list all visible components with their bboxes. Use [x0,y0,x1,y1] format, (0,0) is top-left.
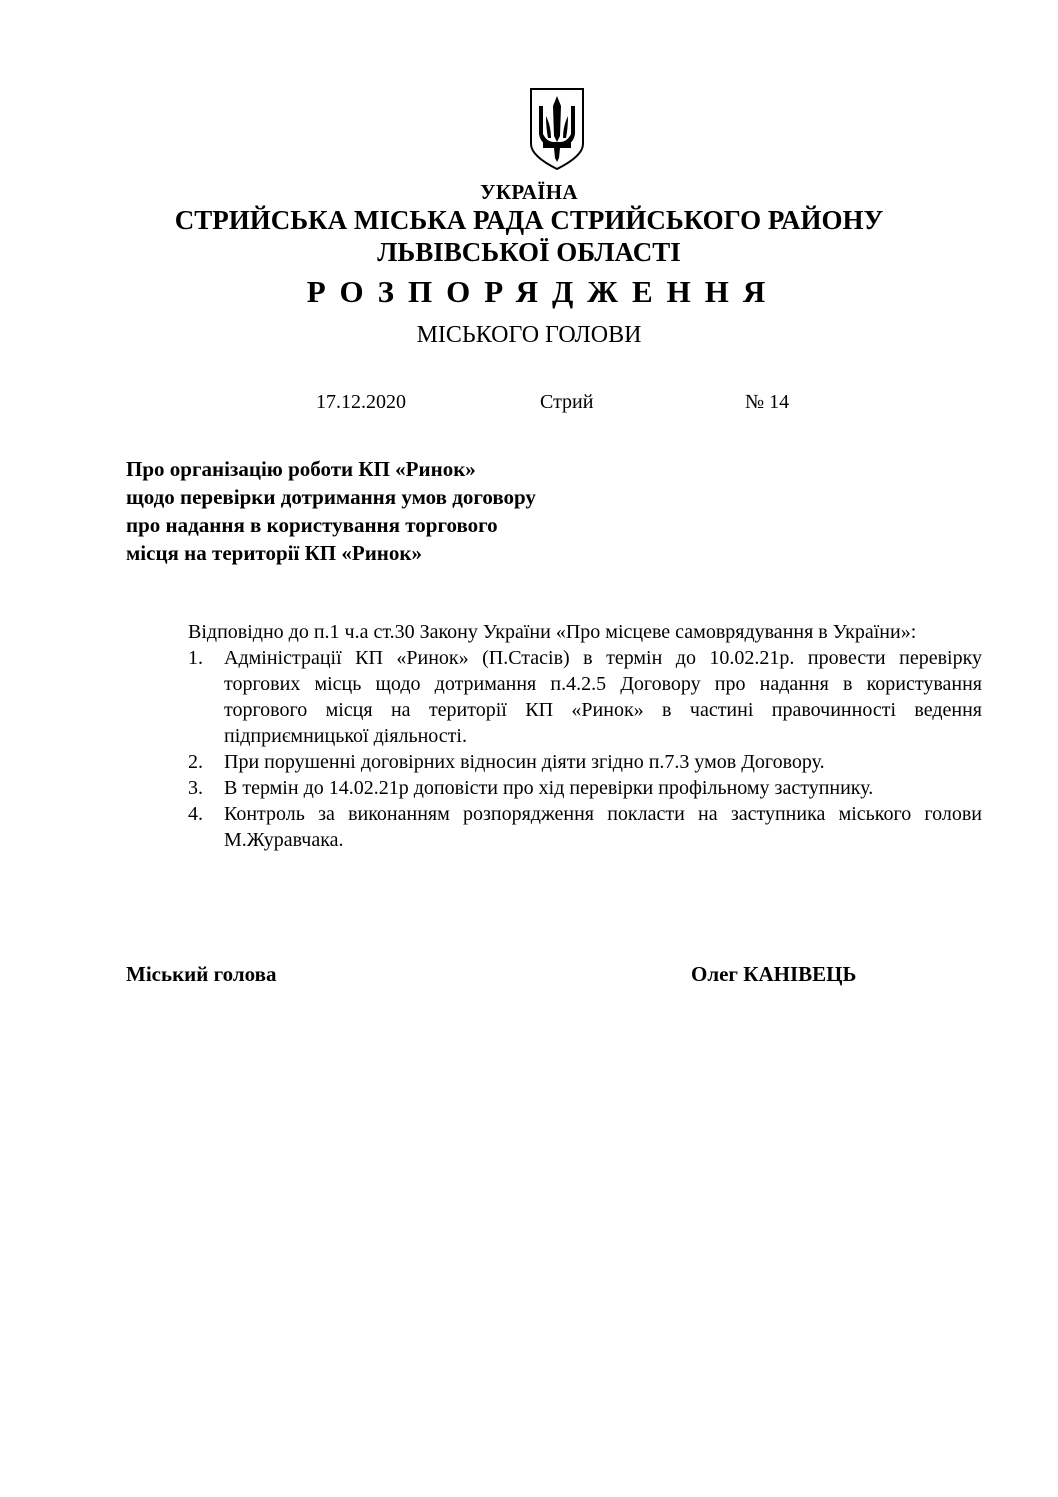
item-number: 3. [188,775,203,801]
country-heading: УКРАЇНА [0,180,1058,205]
item-number: 1. [188,645,203,671]
document-city: Стрий [540,391,593,414]
document-number: № 14 [745,391,789,414]
subject-line: щодо перевірки дотримання умов договору [126,483,536,511]
item-number: 2. [188,749,203,775]
signatory-name: Олег КАНІВЕЦЬ [691,962,856,987]
trident-coat-of-arms-icon [527,86,587,172]
document-subject: Про організацію роботи КП «Ринок» щодо п… [126,455,536,567]
list-item: 1. Адміністрації КП «Ринок» (П.Стасів) в… [126,645,982,749]
item-text: В термін до 14.02.21р доповісти про хід … [224,777,873,799]
item-text: Контроль за виконанням розпорядження пок… [224,803,982,851]
list-item: 3. В термін до 14.02.21р доповісти про х… [126,775,982,801]
order-items-list: 1. Адміністрації КП «Ринок» (П.Стасів) в… [126,645,982,853]
document-subtitle: МІСЬКОГО ГОЛОВИ [0,322,1058,349]
item-text: Адміністрації КП «Ринок» (П.Стасів) в те… [224,647,982,747]
item-number: 4. [188,801,203,827]
subject-line: місця на території КП «Ринок» [126,539,536,567]
oblast-heading: ЛЬВІВСЬКОЇ ОБЛАСТІ [0,237,1058,268]
intro-paragraph: Відповідно до п.1 ч.а ст.30 Закону Украї… [126,619,982,645]
subject-line: Про організацію роботи КП «Ринок» [126,455,536,483]
document-type-title: РОЗПОРЯДЖЕННЯ [0,274,1058,310]
list-item: 2. При порушенні договірних відносин дія… [126,749,982,775]
subject-line: про надання в користування торгового [126,511,536,539]
document-page: УКРАЇНА СТРИЙСЬКА МІСЬКА РАДА СТРИЙСЬКОГ… [0,0,1058,1497]
item-text: При порушенні договірних відносин діяти … [224,751,825,773]
document-date: 17.12.2020 [316,391,406,414]
council-heading: СТРИЙСЬКА МІСЬКА РАДА СТРИЙСЬКОГО РАЙОНУ [0,205,1058,236]
signatory-position: Міський голова [126,962,276,987]
list-item: 4. Контроль за виконанням розпорядження … [126,801,982,853]
document-body: Відповідно до п.1 ч.а ст.30 Закону Украї… [126,619,982,853]
